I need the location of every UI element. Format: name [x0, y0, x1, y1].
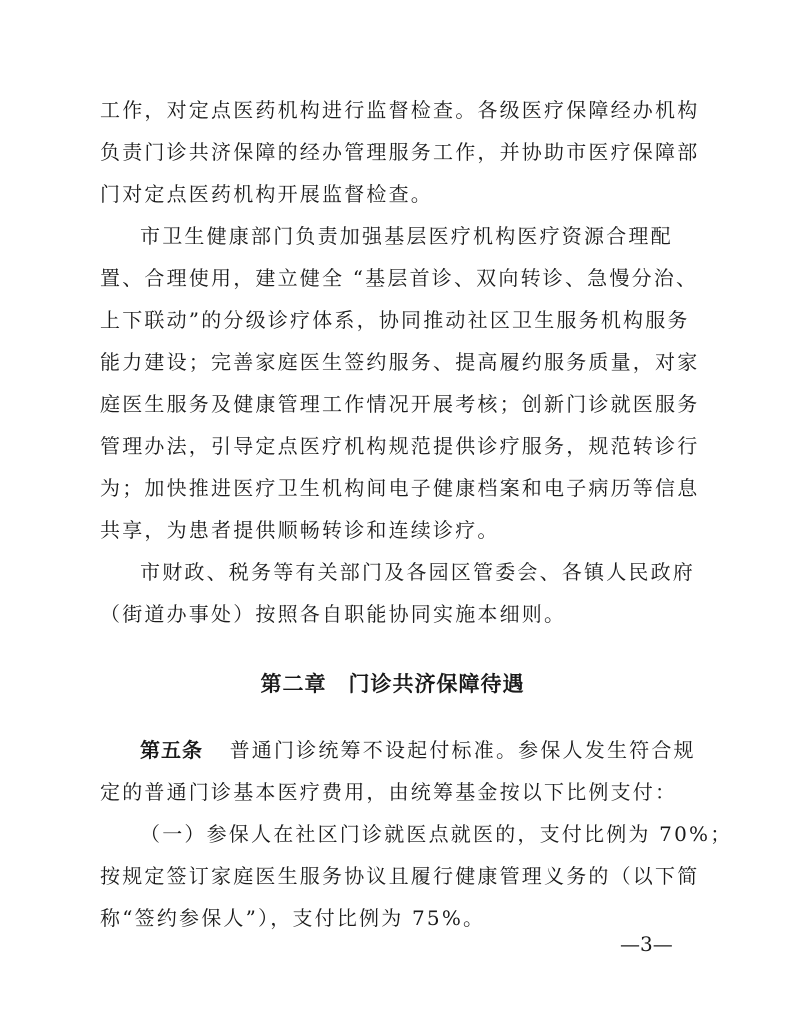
paragraph-line: 负责门诊共济保障的经办管理服务工作，并协助市医疗保障部	[100, 138, 680, 166]
paragraph-line: （街道办事处）按照各自职能协同实施本细则。	[100, 600, 680, 628]
paragraph-line: 门对定点医药机构开展监督检查。	[100, 180, 680, 208]
paragraph-line: 庭医生服务及健康管理工作情况开展考核；创新门诊就医服务	[100, 390, 680, 418]
paragraph-line: 为；加快推进医疗卫生机构间电子健康档案和电子病历等信息	[100, 474, 680, 502]
article-label: 第五条	[140, 738, 203, 762]
paragraph-line: 市财政、税务等有关部门及各园区管委会、各镇人民政府	[140, 558, 680, 586]
paragraph-line: 上下联动”的分级诊疗体系，协同推动社区卫生服务机构服务	[100, 306, 680, 334]
article-text: 普通门诊统筹不设起付标准。参保人发生符合规	[230, 738, 696, 762]
paragraph-line: 市卫生健康部门负责加强基层医疗机构医疗资源合理配	[140, 222, 680, 250]
paragraph-line: 共享，为患者提供顺畅转诊和连续诊疗。	[100, 516, 680, 544]
article-line: 定的普通门诊基本医疗费用，由统筹基金按以下比例支付：	[100, 778, 680, 806]
article-line: 第五条 普通门诊统筹不设起付标准。参保人发生符合规	[140, 736, 680, 764]
paragraph-line: 管理办法，引导定点医疗机构规范提供诊疗服务，规范转诊行	[100, 432, 680, 460]
article-line: 称“签约参保人”），支付比例为 75%。	[100, 904, 680, 932]
paragraph-line: 能力建设；完善家庭医生签约服务、提高履约服务质量，对家	[100, 348, 680, 376]
article-line: （一）参保人在社区门诊就医点就医的，支付比例为 70%；	[140, 820, 680, 848]
paragraph-line: 置、合理使用，建立健全 “基层首诊、双向转诊、急慢分治、	[100, 264, 680, 292]
chapter-heading: 第二章 门诊共济保障待遇	[0, 668, 785, 698]
paragraph-line: 工作，对定点医药机构进行监督检查。各级医疗保障经办机构	[100, 96, 680, 124]
article-line: 按规定签订家庭医生服务协议且履行健康管理义务的（以下简	[100, 862, 680, 890]
page-number: —3—	[620, 932, 673, 956]
